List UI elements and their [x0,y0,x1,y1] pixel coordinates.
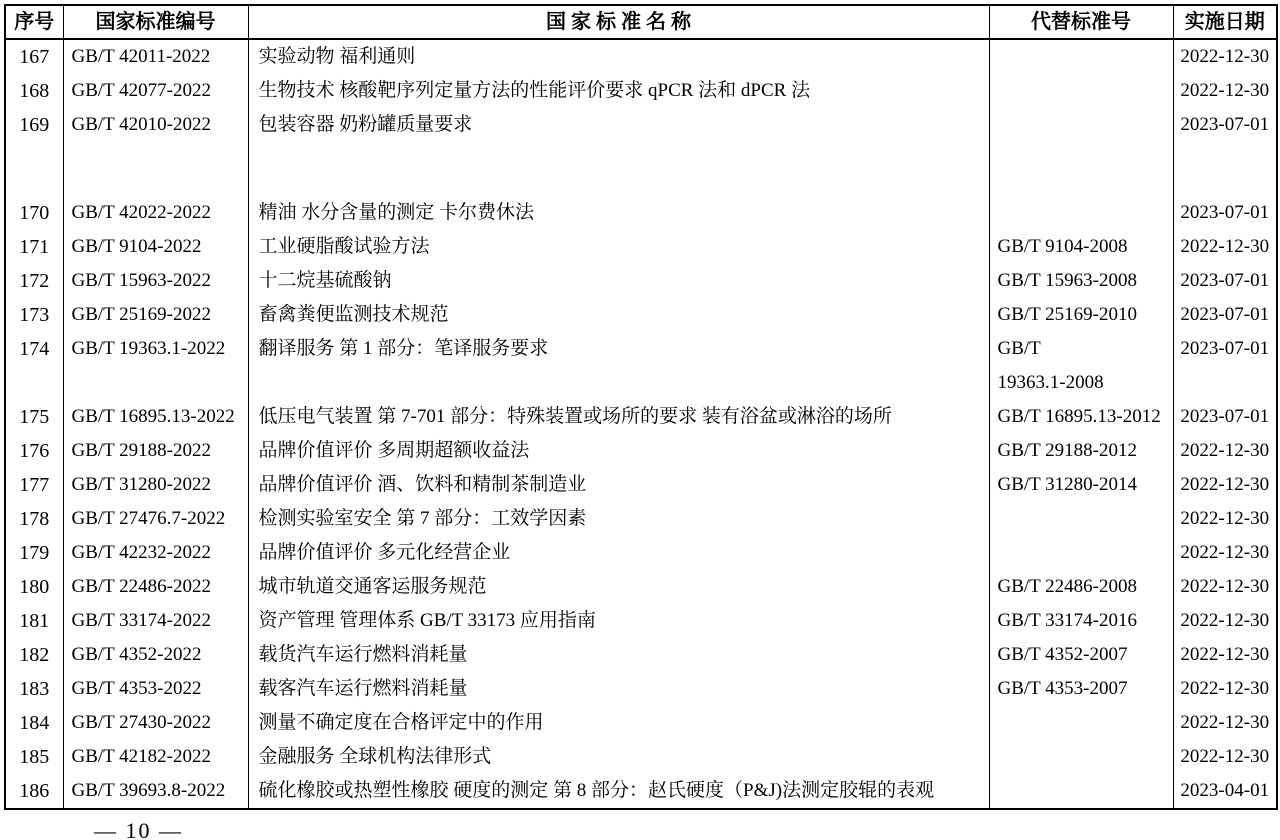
cell-replaced: GB/T 19363.1-2008 [989,332,1173,400]
cell-seq: 168 [5,74,63,108]
table-row: 180GB/T 22486-2022城市轨道交通客运服务规范GB/T 22486… [5,570,1277,604]
cell-name: 金融服务 全球机构法律形式 [248,740,989,774]
cell-name: 包装容器 奶粉罐质量要求 [248,108,989,196]
cell-seq: 170 [5,196,63,230]
cell-code: GB/T 42182-2022 [63,740,248,774]
cell-seq: 180 [5,570,63,604]
table-row: 168GB/T 42077-2022生物技术 核酸靶序列定量方法的性能评价要求 … [5,74,1277,108]
table-row: 174GB/T 19363.1-2022翻译服务 第 1 部分：笔译服务要求GB… [5,332,1277,400]
cell-seq: 182 [5,638,63,672]
cell-code: GB/T 31280-2022 [63,468,248,502]
table-row: 169GB/T 42010-2022包装容器 奶粉罐质量要求2023-07-01 [5,108,1277,196]
cell-name: 载客汽车运行燃料消耗量 [248,672,989,706]
cell-name: 翻译服务 第 1 部分：笔译服务要求 [248,332,989,400]
cell-date: 2022-12-30 [1173,536,1277,570]
cell-seq: 173 [5,298,63,332]
cell-replaced: GB/T 4353-2007 [989,672,1173,706]
cell-date: 2022-12-30 [1173,74,1277,108]
cell-date: 2022-12-30 [1173,604,1277,638]
header-code: 国家标准编号 [63,5,248,39]
cell-replaced [989,774,1173,809]
cell-replaced: GB/T 33174-2016 [989,604,1173,638]
table-row: 179GB/T 42232-2022品牌价值评价 多元化经营企业2022-12-… [5,536,1277,570]
cell-seq: 175 [5,400,63,434]
cell-seq: 185 [5,740,63,774]
table-row: 181GB/T 33174-2022资产管理 管理体系 GB/T 33173 应… [5,604,1277,638]
cell-replaced [989,74,1173,108]
header-row: 序号 国家标准编号 国 家 标 准 名 称 代替标准号 实施日期 [5,5,1277,39]
cell-code: GB/T 42077-2022 [63,74,248,108]
cell-name: 品牌价值评价 多元化经营企业 [248,536,989,570]
cell-code: GB/T 9104-2022 [63,230,248,264]
cell-date: 2023-07-01 [1173,108,1277,196]
cell-name: 精油 水分含量的测定 卡尔费休法 [248,196,989,230]
cell-replaced [989,108,1173,196]
cell-code: GB/T 39693.8-2022 [63,774,248,809]
cell-seq: 183 [5,672,63,706]
cell-name: 城市轨道交通客运服务规范 [248,570,989,604]
cell-date: 2022-12-30 [1173,638,1277,672]
cell-seq: 174 [5,332,63,400]
header-replaced: 代替标准号 [989,5,1173,39]
cell-date: 2022-12-30 [1173,39,1277,74]
cell-seq: 177 [5,468,63,502]
cell-code: GB/T 42022-2022 [63,196,248,230]
cell-code: GB/T 42010-2022 [63,108,248,196]
cell-replaced: GB/T 29188-2012 [989,434,1173,468]
cell-name: 生物技术 核酸靶序列定量方法的性能评价要求 qPCR 法和 dPCR 法 [248,74,989,108]
table-row: 172GB/T 15963-2022十二烷基硫酸钠GB/T 15963-2008… [5,264,1277,298]
cell-code: GB/T 25169-2022 [63,298,248,332]
cell-date: 2022-12-30 [1173,570,1277,604]
cell-replaced [989,706,1173,740]
cell-date: 2023-07-01 [1173,196,1277,230]
table-row: 171GB/T 9104-2022工业硬脂酸试验方法GB/T 9104-2008… [5,230,1277,264]
cell-name: 品牌价值评价 酒、饮料和精制茶制造业 [248,468,989,502]
cell-code: GB/T 19363.1-2022 [63,332,248,400]
cell-name: 工业硬脂酸试验方法 [248,230,989,264]
cell-date: 2022-12-30 [1173,706,1277,740]
header-seq: 序号 [5,5,63,39]
table-header: 序号 国家标准编号 国 家 标 准 名 称 代替标准号 实施日期 [5,5,1277,39]
cell-code: GB/T 4353-2022 [63,672,248,706]
cell-replaced: GB/T 31280-2014 [989,468,1173,502]
table-row: 173GB/T 25169-2022畜禽粪便监测技术规范GB/T 25169-2… [5,298,1277,332]
cell-name: 检测实验室安全 第 7 部分：工效学因素 [248,502,989,536]
cell-date: 2023-07-01 [1173,264,1277,298]
cell-name: 十二烷基硫酸钠 [248,264,989,298]
document-page: 序号 国家标准编号 国 家 标 准 名 称 代替标准号 实施日期 167GB/T… [0,0,1280,840]
cell-date: 2022-12-30 [1173,230,1277,264]
table-row: 176GB/T 29188-2022品牌价值评价 多周期超额收益法GB/T 29… [5,434,1277,468]
table-row: 185GB/T 42182-2022金融服务 全球机构法律形式2022-12-3… [5,740,1277,774]
cell-code: GB/T 29188-2022 [63,434,248,468]
cell-code: GB/T 33174-2022 [63,604,248,638]
cell-name: 硫化橡胶或热塑性橡胶 硬度的测定 第 8 部分：赵氏硬度（P&J)法测定胶辊的表… [248,774,989,809]
cell-date: 2022-12-30 [1173,468,1277,502]
header-date: 实施日期 [1173,5,1277,39]
cell-code: GB/T 42011-2022 [63,39,248,74]
cell-date: 2023-07-01 [1173,298,1277,332]
cell-replaced [989,39,1173,74]
cell-name: 畜禽粪便监测技术规范 [248,298,989,332]
cell-date: 2022-12-30 [1173,434,1277,468]
table-row: 186GB/T 39693.8-2022硫化橡胶或热塑性橡胶 硬度的测定 第 8… [5,774,1277,809]
standards-table: 序号 国家标准编号 国 家 标 准 名 称 代替标准号 实施日期 167GB/T… [4,4,1278,810]
cell-date: 2023-07-01 [1173,332,1277,400]
cell-code: GB/T 42232-2022 [63,536,248,570]
cell-name: 测量不确定度在合格评定中的作用 [248,706,989,740]
cell-name: 品牌价值评价 多周期超额收益法 [248,434,989,468]
cell-replaced [989,196,1173,230]
cell-seq: 178 [5,502,63,536]
table-row: 178GB/T 27476.7-2022检测实验室安全 第 7 部分：工效学因素… [5,502,1277,536]
cell-seq: 172 [5,264,63,298]
cell-replaced [989,536,1173,570]
cell-date: 2022-12-30 [1173,740,1277,774]
cell-code: GB/T 4352-2022 [63,638,248,672]
table-row: 170GB/T 42022-2022精油 水分含量的测定 卡尔费休法2023-0… [5,196,1277,230]
table-row: 175GB/T 16895.13-2022低压电气装置 第 7-701 部分：特… [5,400,1277,434]
cell-code: GB/T 15963-2022 [63,264,248,298]
table-row: 177GB/T 31280-2022品牌价值评价 酒、饮料和精制茶制造业GB/T… [5,468,1277,502]
cell-replaced: GB/T 25169-2010 [989,298,1173,332]
cell-seq: 179 [5,536,63,570]
cell-code: GB/T 27476.7-2022 [63,502,248,536]
cell-name: 资产管理 管理体系 GB/T 33173 应用指南 [248,604,989,638]
cell-replaced: GB/T 16895.13-2012 [989,400,1173,434]
cell-seq: 176 [5,434,63,468]
cell-seq: 181 [5,604,63,638]
cell-name: 载货汽车运行燃料消耗量 [248,638,989,672]
cell-seq: 169 [5,108,63,196]
cell-code: GB/T 16895.13-2022 [63,400,248,434]
table-row: 182GB/T 4352-2022载货汽车运行燃料消耗量GB/T 4352-20… [5,638,1277,672]
cell-seq: 184 [5,706,63,740]
cell-date: 2022-12-30 [1173,502,1277,536]
cell-replaced: GB/T 4352-2007 [989,638,1173,672]
cell-replaced: GB/T 15963-2008 [989,264,1173,298]
cell-code: GB/T 27430-2022 [63,706,248,740]
cell-seq: 167 [5,39,63,74]
table-body: 167GB/T 42011-2022实验动物 福利通则2022-12-30168… [5,39,1277,809]
cell-date: 2023-07-01 [1173,400,1277,434]
table-row: 184GB/T 27430-2022测量不确定度在合格评定中的作用2022-12… [5,706,1277,740]
cell-seq: 186 [5,774,63,809]
cell-code: GB/T 22486-2022 [63,570,248,604]
cell-date: 2023-04-01 [1173,774,1277,809]
table-row: 167GB/T 42011-2022实验动物 福利通则2022-12-30 [5,39,1277,74]
cell-replaced [989,502,1173,536]
cell-seq: 171 [5,230,63,264]
cell-replaced: GB/T 22486-2008 [989,570,1173,604]
cell-replaced [989,740,1173,774]
cell-name: 实验动物 福利通则 [248,39,989,74]
page-number: — 10 — [94,818,1280,840]
cell-date: 2022-12-30 [1173,672,1277,706]
cell-name: 低压电气装置 第 7-701 部分：特殊装置或场所的要求 装有浴盆或淋浴的场所 [248,400,989,434]
cell-replaced: GB/T 9104-2008 [989,230,1173,264]
table-row: 183GB/T 4353-2022载客汽车运行燃料消耗量GB/T 4353-20… [5,672,1277,706]
header-name: 国 家 标 准 名 称 [248,5,989,39]
